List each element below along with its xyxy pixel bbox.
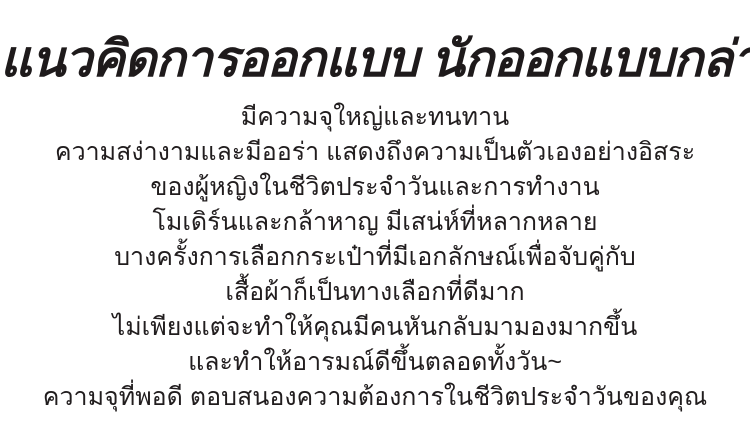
body-line: โมเดิร์นและกล้าหาญ มีเสน่ห์ที่หลากหลาย [0,205,750,240]
body-text-block: มีความจุใหญ่และทนทาน ความสง่างามและมีออร… [0,100,750,415]
body-line: และทำให้อารมณ์ดีขึ้นตลอดทั้งวัน~ [0,345,750,380]
body-line: ความสง่างามและมีออร่า แสดงถึงความเป็นตัว… [0,135,750,170]
body-line: ไม่เพียงแต่จะทำให้คุณมีคนหันกลับมามองมาก… [0,310,750,345]
page-title: แนวคิดการออกแบบ นักออกแบบกล่าวว่า [0,0,750,92]
body-line: เสื้อผ้าก็เป็นทางเลือกที่ดีมาก [0,275,750,310]
body-line: มีความจุใหญ่และทนทาน [0,100,750,135]
body-line: บางครั้งการเลือกกระเป๋าที่มีเอกลักษณ์เพื… [0,240,750,275]
body-line: ของผู้หญิงในชีวิตประจำวันและการทำงาน [0,170,750,205]
document-page: แนวคิดการออกแบบ นักออกแบบกล่าวว่า มีความ… [0,0,750,439]
body-line: ความจุที่พอดี ตอบสนองความต้องการในชีวิตป… [0,380,750,415]
